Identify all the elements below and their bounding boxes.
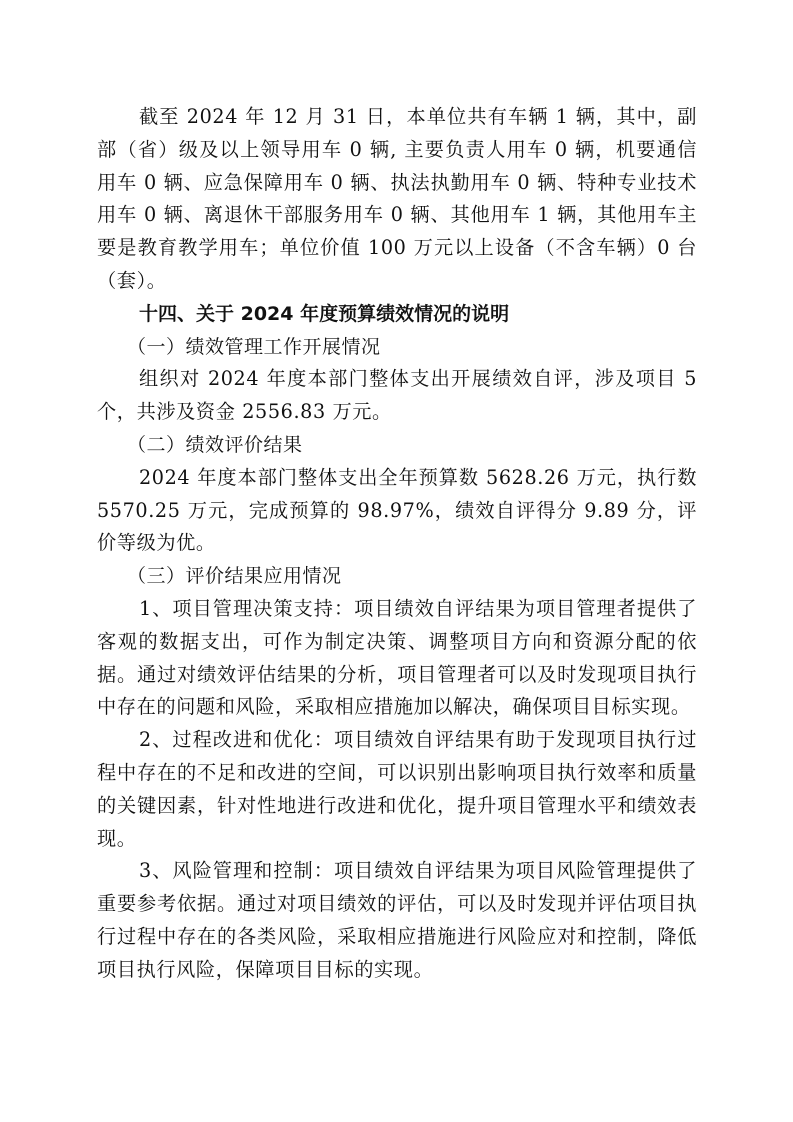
paragraph-application-2: 2、过程改进和优化：项目绩效自评结果有助于发现项目执行过程中存在的不足和改进的空… [97, 724, 697, 855]
paragraph-vehicles: 截至 2024 年 12 月 31 日，本单位共有车辆 1 辆，其中，副部（省）… [97, 101, 697, 298]
document-page: 截至 2024 年 12 月 31 日，本单位共有车辆 1 辆，其中，副部（省）… [97, 101, 697, 987]
paragraph-evaluation-result: 2024 年度本部门整体支出全年预算数 5628.26 万元，执行数 5570.… [97, 462, 697, 560]
paragraph-performance-management: 组织对 2024 年度本部门整体支出开展绩效自评，涉及项目 5 个，共涉及资金 … [97, 363, 697, 429]
paragraph-application-1: 1、项目管理决策支持：项目绩效自评结果为项目管理者提供了客观的数据支出，可作为制… [97, 593, 697, 724]
subheading-1: （一）绩效管理工作开展情况 [97, 331, 697, 364]
section-heading-14: 十四、关于 2024 年度预算绩效情况的说明 [97, 298, 697, 331]
paragraph-application-3: 3、风险管理和控制：项目绩效自评结果为项目风险管理提供了重要参考依据。通过对项目… [97, 855, 697, 986]
subheading-3: （三）评价结果应用情况 [97, 560, 697, 593]
subheading-2: （二）绩效评价结果 [97, 429, 697, 462]
